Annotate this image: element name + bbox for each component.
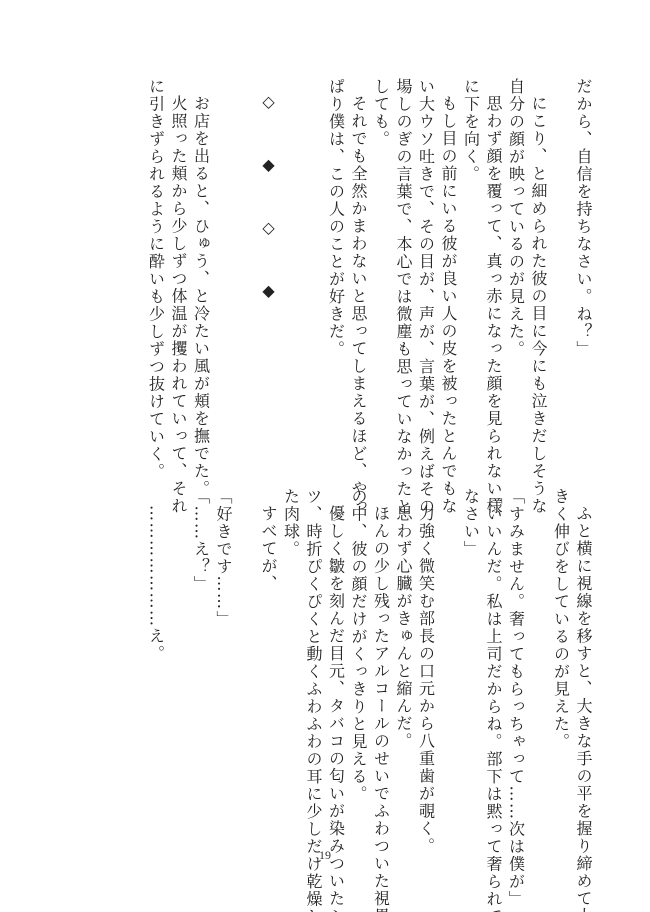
text-column: 力強く微笑む部長の口元から八重歯が覗く。 bbox=[414, 488, 437, 840]
text-column: に引きずられるように酔いも少しずつ抜けていく。 bbox=[144, 78, 167, 458]
text-column: きく伸びをしているのが見えた。 bbox=[549, 488, 572, 840]
text-column bbox=[234, 78, 257, 458]
text-column: ふと横に視線を移すと、大きな手の平を握り締めて大 bbox=[572, 488, 595, 840]
text-column bbox=[437, 488, 460, 840]
text-column: しても。 bbox=[369, 78, 392, 458]
text-column bbox=[167, 488, 190, 840]
text-column: の中、彼の顔だけがくっきりと見える。 bbox=[347, 488, 370, 840]
text-column: もし目の前にいる彼が良い人の皮を被ったとんでもな bbox=[437, 78, 460, 458]
text-column: た肉球。 bbox=[279, 488, 302, 840]
text-column: だから、自信を持ちなさい。ね？」 bbox=[572, 78, 595, 458]
text-column: …………………え。 bbox=[144, 488, 167, 840]
text-column: 「好きです……」 bbox=[212, 488, 235, 840]
text-column: お店を出ると、ひゅう、と冷たい風が頬を撫でた。 bbox=[189, 78, 212, 458]
text-column: 思わず顔を覆って、真っ赤になった顔を見られない様 bbox=[482, 78, 505, 458]
bottom-tier-text: ふと横に視線を移すと、大きな手の平を握り締めて大きく伸びをしているのが見えた。 … bbox=[54, 488, 594, 840]
section-break-marks: ◇ ◆ ◇ ◆ bbox=[257, 78, 280, 458]
text-column: 優しく皺を刻んだ目元、タバコの匂いが染みついたシャ bbox=[324, 488, 347, 840]
text-column: 火照った頬から少しずつ体温が攫われていって、それ bbox=[167, 78, 190, 458]
text-column bbox=[279, 78, 302, 458]
text-column: それでも全然かまわないと思ってしまえるほど、やっ bbox=[347, 78, 370, 458]
text-column: すべてが、 bbox=[257, 488, 280, 840]
text-column: 「……え？」 bbox=[189, 488, 212, 840]
text-column: 「すみません。奢ってもらっちゃって……次は僕が」 bbox=[504, 488, 527, 840]
text-column: 「いいんだ。私は上司だからね。部下は黙って奢られてい bbox=[482, 488, 505, 840]
text-column: 自分の顔が映っているのが見えた。 bbox=[504, 78, 527, 458]
text-column: 思わず心臓がきゅんと縮んだ。 bbox=[392, 488, 415, 840]
text-column bbox=[234, 488, 257, 840]
text-column: ほんの少し残ったアルコールのせいでふわついた視界 bbox=[369, 488, 392, 840]
text-column: ぱり僕は、この人のことが好きだ。 bbox=[324, 78, 347, 458]
text-column: ツ、時折ぴくぴくと動くふわふわの耳に少しだけ乾燥し bbox=[302, 488, 325, 840]
text-column: い大ウソ吐きで、その目が、声が、言葉が、例えばその bbox=[414, 78, 437, 458]
text-column bbox=[212, 78, 235, 458]
text-column bbox=[549, 78, 572, 458]
page-number: 19 bbox=[0, 848, 650, 863]
top-tier-text: だから、自信を持ちなさい。ね？」 にこり、と細められた彼の目に今にも泣きだしそう… bbox=[54, 78, 594, 458]
text-column: 場しのぎの言葉で、本心では微塵も思っていなかったと bbox=[392, 78, 415, 458]
text-column bbox=[527, 488, 550, 840]
text-column: に下を向く。 bbox=[459, 78, 482, 458]
text-column: にこり、と細められた彼の目に今にも泣きだしそうな bbox=[527, 78, 550, 458]
text-column bbox=[302, 78, 325, 458]
text-column: なさい」 bbox=[459, 488, 482, 840]
